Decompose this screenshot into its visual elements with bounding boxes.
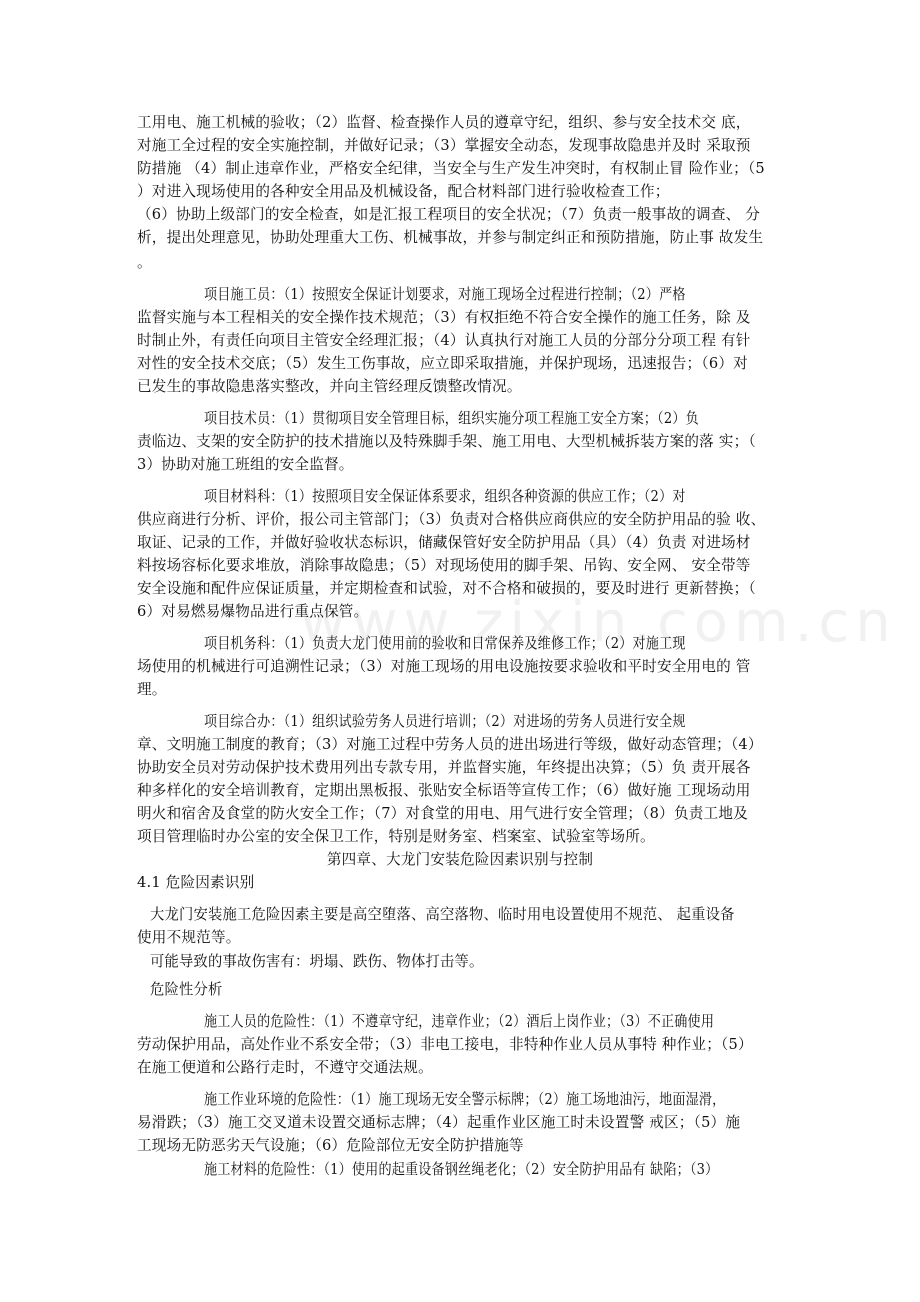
text-line: 监督实施与本工程相关的安全操作技术规范；（3）有权拒绝不符合安全操作的施工任务，… — [137, 308, 787, 328]
text-line: 施工人员的危险性：（1）不遵章守纪，违章作业；（2）酒后上岗作业；（3）不正确使… — [204, 1012, 787, 1032]
text-line: 项目综合办：（1）组织试验劳务人员进行培训；（2）对进场的劳务人员进行安全规 — [204, 712, 787, 732]
text-line: 对性的安全技术交底；（5）发生工伤事故，应立即采取措施，并保护现场，迅速报告；（… — [137, 354, 787, 374]
text-line: 。 — [137, 253, 787, 273]
chapter-heading: 第四章、大龙门安装危险因素识别与控制 — [0, 850, 920, 870]
text-line: 项目材料科：（1）按照项目安全保证体系要求，组织各种资源的供应工作；（2）对 — [204, 487, 787, 507]
document-page: www.zixin.com.cn 工用电、施工机械的验收；（2）监督、检查操作人… — [0, 0, 920, 1302]
text-line: 场使用的机械进行可追溯性记录；（3）对施工现场的用电设施按要求验收和平时安全用电… — [137, 657, 787, 677]
text-line: 使用不规范等。 — [137, 928, 787, 948]
text-line: 安全设施和配件应保证质量，并定期检查和试验，对不合格和破损的，要及时进行 更新替… — [137, 579, 787, 599]
text-line: 易滑跌；（3）施工交叉道未设置交通标志牌；（4）起重作业区施工时未设置警 戒区；… — [137, 1113, 787, 1133]
text-line: 6）对易燃易爆物品进行重点保管。 — [137, 602, 787, 622]
text-line: 4.1 危险因素识别 — [137, 873, 787, 893]
text-line: 在施工便道和公路行走时，不遵守交通法规。 — [137, 1058, 787, 1078]
text-line: 项目施工员：（1）按照安全保证计划要求，对施工现场全过程进行控制；（2）严格 — [204, 285, 787, 305]
text-line: 施工作业环境的危险性：（1）施工现场无安全警示标牌；（2）施工场地油污，地面湿滑… — [204, 1090, 787, 1110]
text-line: 章、文明施工制度的教育；（3）对施工过程中劳务人员的进出场进行等级，做好动态管理… — [137, 735, 787, 755]
text-line: 危险性分析 — [150, 980, 787, 1000]
text-line: 协助安全员对劳动保护技术费用列出专款专用，并监督实施，年终提出决算；（5）负 责… — [137, 758, 787, 778]
text-line: 工现场无防恶劣天气设施；（6）危险部位无安全防护措施等 — [137, 1136, 787, 1156]
text-line: 时制止外，有责任向项目主管安全经理汇报；（4）认真执行对施工人员的分部分分项工程… — [137, 331, 787, 351]
text-line: 理。 — [137, 680, 787, 700]
text-line: 项目机务科：（1）负责大龙门使用前的验收和日常保养及维修工作；（2）对施工现 — [204, 634, 787, 654]
text-line: 防措施 （4）制止违章作业，严格安全纪律，当安全与生产发生冲突时，有权制止冒 险… — [137, 159, 787, 179]
text-line: 工用电、施工机械的验收；（2）监督、检查操作人员的遵章守纪，组织、参与安全技术交… — [137, 113, 787, 133]
text-line: 项目管理临时办公室的安全保卫工作，特别是财务室、档案室、试验室等场所。 — [137, 827, 787, 847]
text-line: 项目技术员：（1）贯彻项目安全管理目标，组织实施分项工程施工安全方案；（2）负 — [204, 409, 787, 429]
text-line: （6）协助上级部门的安全检查，如是汇报工程项目的安全状况；（7）负责一般事故的调… — [137, 205, 787, 225]
text-line: 施工材料的危险性：（1）使用的起重设备钢丝绳老化；（2）安全防护用品有 缺陷；（… — [204, 1160, 787, 1180]
text-line: 析，提出处理意见，协助处理重大工伤、机械事故，并参与制定纠正和预防措施，防止事 … — [137, 228, 787, 248]
text-line: 3）协助对施工班组的安全监督。 — [137, 455, 787, 475]
text-line: 责临边、支架的安全防护的技术措施以及特殊脚手架、施工用电、大型机械拆装方案的落 … — [137, 432, 787, 452]
text-line: 明火和宿舍及食堂的防火安全工作；（7）对食堂的用电、用气进行安全管理；（8）负责… — [137, 804, 787, 824]
text-line: 劳动保护用品，高处作业不系安全带；（3）非电工接电，非特种作业人员从事特 种作业… — [137, 1035, 787, 1055]
text-line: 已发生的事故隐患落实整改，并向主管经理反馈整改情况。 — [137, 377, 787, 397]
text-line: 供应商进行分析、评价，报公司主管部门；（3）负责对合格供应商供应的安全防护用品的… — [137, 510, 787, 530]
text-line: 种多样化的安全培训教育，定期出黑板报、张贴安全标语等宣传工作；（6）做好施 工现… — [137, 781, 787, 801]
text-line: 可能导致的事故伤害有：坍塌、跌伤、物体打击等。 — [150, 952, 787, 972]
text-line: 料按场容标化要求堆放，消除事故隐患；（5）对现场使用的脚手架、吊钩、安全网、 安… — [137, 556, 787, 576]
text-line: 取证、记录的工作，并做好验收状态标识，储藏保管好安全防护用品（具）（4）负责 对… — [137, 533, 787, 553]
text-line: ）对进入现场使用的各种安全用品及机械设备，配合材料部门进行验收检查工作； — [137, 182, 787, 202]
text-line: 对施工全过程的安全实施控制，并做好记录；（3）掌握安全动态，发现事故隐患并及时 … — [137, 136, 787, 156]
text-line: 大龙门安装施工危险因素主要是高空堕落、高空落物、临时用电设置使用不规范、 起重设… — [150, 905, 787, 925]
